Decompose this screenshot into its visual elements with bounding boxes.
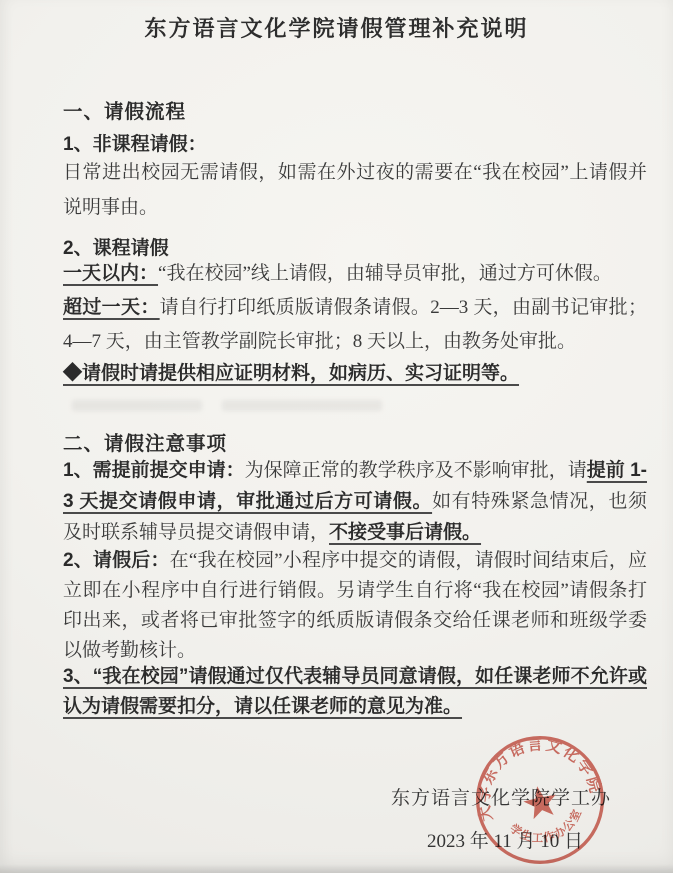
within-one-day-label: 一天以内：: [63, 263, 158, 284]
bleed-through-artifact: [72, 398, 392, 414]
document-title: 东方语言文化学院请假管理补充说明: [0, 12, 673, 43]
date-line: 2023 年 11 月 10 日: [0, 826, 673, 853]
section-1-heading: 一、请假流程: [63, 96, 647, 124]
within-one-day-text: “我在校园”线上请假，由辅导员审批，通过方可休假。: [158, 263, 612, 284]
item-1-label: 1、需提前提交申请：: [63, 460, 245, 481]
over-one-day-label: 超过一天：: [63, 297, 160, 318]
over-one-day-paragraph: 超过一天：请自行打印纸质版请假条请假。2—3 天，由副书记审批；4—7 天，由主…: [63, 291, 647, 359]
proof-note-line: ◆请假时请提供相应证明材料，如病历、实习证明等。: [63, 357, 647, 391]
section-2-heading: 二、请假注意事项: [63, 428, 647, 456]
item-1-text-a: 为保障正常的教学秩序及不影响审批，请: [245, 460, 587, 481]
bleed-through-blob: [72, 400, 202, 411]
section-2-item-3-paragraph: 3、“我在校园”请假通过仅代表辅导员同意请假，如任课老师不允许或认为请假需要扣分…: [63, 662, 647, 722]
item-1-emphasis-2: 不接受事后请假。: [329, 522, 481, 543]
section-1-item-2-label: 2、课程请假: [63, 233, 647, 260]
section-2-item-2-paragraph: 2、请假后：在“我在校园”小程序中提交的请假，请假时间结束后，应立即在小程序中自…: [63, 546, 647, 666]
document-page: 东方语言文化学院请假管理补充说明 一、请假流程 1、非课程请假： 日常进出校园无…: [0, 0, 673, 873]
section-2-item-1-paragraph: 1、需提前提交申请：为保障正常的教学秩序及不影响审批，请提前 1-3 天提交请假…: [63, 455, 647, 548]
item-2-label: 2、请假后：: [63, 550, 170, 571]
paragraph-text: 日常进出校园无需请假，如需在外过夜的需要在“我在校园”上请假并说明事由。: [63, 162, 647, 218]
within-one-day-paragraph: 一天以内：“我在校园”线上请假，由辅导员审批，通过方可休假。: [63, 257, 647, 291]
section-1-item-1-label: 1、非课程请假：: [63, 129, 647, 156]
section-1-item-1-paragraph: 日常进出校园无需请假，如需在外过夜的需要在“我在校园”上请假并说明事由。: [63, 155, 647, 225]
bleed-through-blob: [222, 400, 382, 411]
signature-line: 东方语言文化学院学工办: [0, 783, 673, 810]
